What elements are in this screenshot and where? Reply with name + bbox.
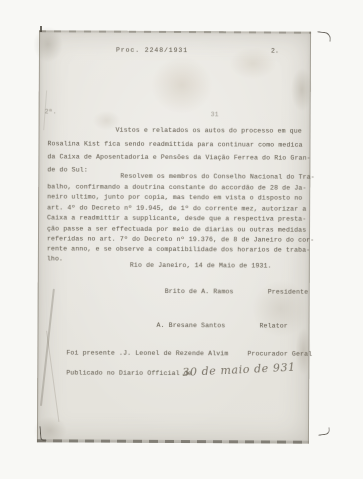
procurador-label: Procurador Geral: [247, 350, 312, 357]
body-line-8: Caixa a readmittir a supplicante, desde …: [47, 214, 306, 222]
publication-line: Publicado no Diario Official de: [66, 369, 192, 377]
body-line-3: de do Sul:: [47, 166, 88, 173]
process-number: Proc. 2248/1931: [116, 47, 188, 54]
body-line-5: balho, confirmando a doutrina constante …: [47, 183, 306, 191]
handwritten-publication-date: 30 de maio de 931: [182, 361, 296, 379]
body-line-10: referidas no art. 7º do Decreto nº 19.37…: [47, 235, 314, 243]
crease-mark: [46, 331, 59, 422]
presence-line: Foi presente .J. Leonel de Rezende Alvim: [66, 349, 228, 357]
body-line-6: neiro ultimo, junto por copia, mas tendo…: [47, 193, 302, 201]
body-line-9: ção passe a ser effectuada por meio de d…: [47, 225, 306, 233]
signature-role-president: Presidente: [268, 288, 309, 295]
scanned-document-frame: Proc. 2248/1931 2. 2ª. 31 Vistos e relat…: [0, 0, 363, 479]
body-line-11: rente anno, e se observe a compatibilida…: [47, 245, 310, 253]
section-number: 31: [211, 111, 219, 118]
page-number: 2.: [271, 48, 279, 55]
body-line-7: art. 4º do Decreto nº 19.945, de 1º do c…: [47, 204, 306, 212]
document-photo: Proc. 2248/1931 2. 2ª. 31 Vistos e relat…: [37, 30, 311, 443]
signature-name-relator: A. Bresane Santos: [157, 322, 226, 329]
body-line-4: Resolvem os membros do Conselho Nacional…: [120, 173, 314, 181]
margin-note: 2ª.: [45, 108, 57, 115]
crease-mark: [40, 289, 54, 406]
signature-role-relator: Relator: [260, 322, 288, 329]
body-line-12: lho.: [47, 255, 63, 262]
body-line-1: Rosalina Kist fica sendo readmittida par…: [47, 140, 302, 148]
paper-stain: [229, 47, 277, 79]
photo-top-edge: [39, 30, 311, 33]
body-line-0: Vistos e relatados os autos do processo …: [116, 127, 302, 135]
photo-bottom-edge: [37, 439, 309, 443]
signature-name-president: Brito de A. Ramos: [165, 288, 234, 295]
date-line: Rio de Janeiro, 14 de Maio de 1931.: [130, 262, 272, 270]
crop-mark-bottom-right: [318, 427, 331, 436]
photo-left-edge: [37, 30, 40, 442]
paper-stain: [151, 56, 213, 114]
crop-mark-top-right: [317, 31, 332, 41]
body-line-2: da Caixa de Aposentadoria e Pensões da V…: [47, 153, 310, 161]
